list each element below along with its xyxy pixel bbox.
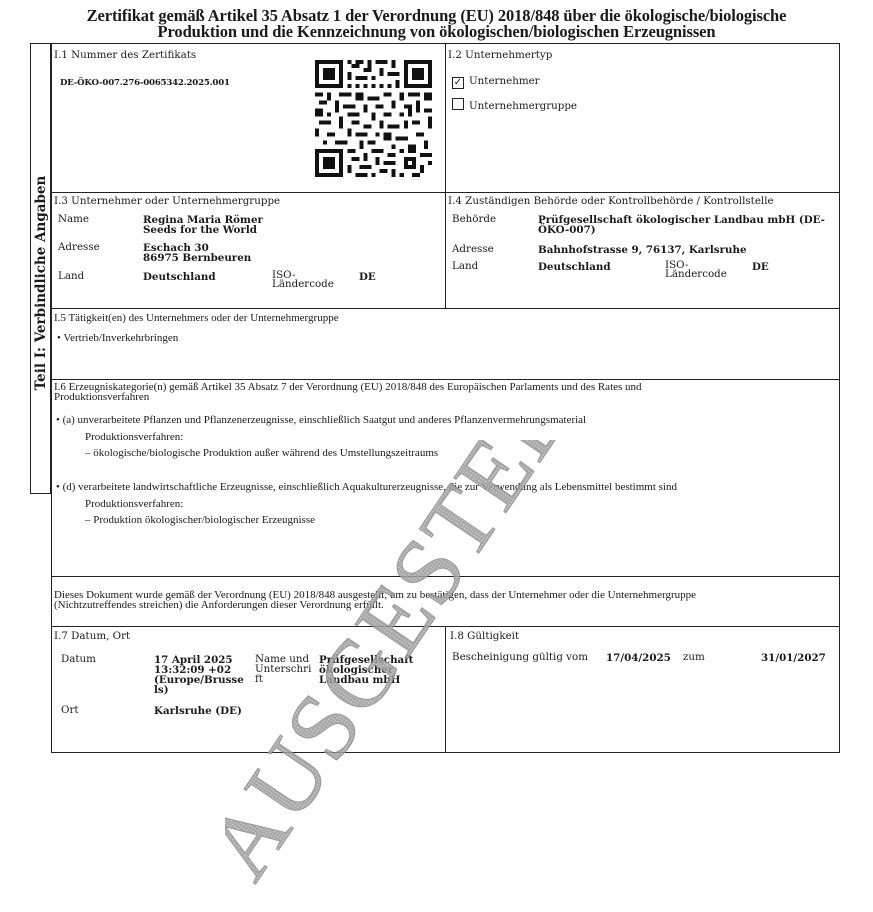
section-heading: I.2 Unternehmertyp (448, 50, 552, 61)
product-category-a: • (a) unverarbeitete Pflanzen und Pflanz… (56, 415, 586, 426)
option-unternehmer[interactable]: ✓Unternehmer (452, 76, 540, 89)
field-label: Land (452, 261, 478, 272)
option-label: Unternehmergruppe (469, 100, 577, 112)
checkbox-unchecked-icon[interactable] (452, 98, 464, 110)
section-heading: I.6 Erzeugniskategorie(n) gemäß Artikel … (54, 383, 642, 402)
production-method: – Produktion ökologischer/biologischer E… (85, 515, 315, 526)
production-method: – ökologische/biologische Produktion auß… (85, 448, 438, 459)
field-label: Ort (61, 705, 79, 716)
valid-to: 31/01/2027 (761, 653, 826, 663)
section-heading: I.7 Datum, Ort (54, 631, 130, 642)
column-divider (445, 626, 446, 753)
signature-label: Name und Unterschri ft (255, 654, 311, 684)
method-label: Produktionsverfahren: (85, 432, 183, 443)
field-label: Land (58, 271, 84, 282)
valid-label: Bescheinigung gültig vom (452, 652, 588, 663)
part-label-text: Teil I: Verbindliche Angaben (33, 176, 49, 391)
field-label: Behörde (452, 214, 496, 225)
certificate-number: DE-ÖKO-007.276-0065342.2025.001 (60, 78, 230, 88)
signature-value: Prüfgesellschaft ökologischer Landbau mb… (319, 655, 413, 685)
qr-code-icon (315, 60, 432, 177)
divider (51, 379, 840, 380)
activity-item: • Vertrieb/Inverkehrbringen (57, 333, 178, 344)
field-label: Adresse (58, 242, 100, 253)
field-label: Name (58, 214, 89, 225)
section-heading: I.3 Unternehmer oder Unternehmergruppe (54, 196, 280, 207)
section-heading: I.1 Nummer des Zertifikats (54, 50, 196, 61)
valid-to-label: zum (683, 652, 705, 663)
part-label: Teil I: Verbindliche Angaben (30, 43, 51, 494)
product-category-d: • (d) verarbeitete landwirtschaftliche E… (56, 482, 677, 493)
iso-label: ISO- Ländercode (272, 271, 334, 289)
operator-name-line2: Seeds for the World (143, 225, 257, 235)
title-line-2: Produktion und die Kennzeichnung von öko… (0, 24, 873, 40)
field-label: Adresse (452, 244, 494, 255)
authority-iso-code: DE (752, 262, 769, 272)
column-divider (445, 43, 446, 308)
section-heading: I.8 Gültigkeit (450, 631, 519, 642)
checkbox-checked-icon[interactable]: ✓ (452, 77, 464, 89)
method-label: Produktionsverfahren: (85, 499, 183, 510)
valid-from: 17/04/2025 (606, 653, 671, 663)
field-label: Datum (61, 654, 96, 665)
divider (51, 308, 840, 309)
authority-address: Bahnhofstrasse 9, 76137, Karlsruhe (538, 245, 747, 255)
section-heading: I.4 Zuständigen Behörde oder Kontrollbeh… (448, 196, 774, 207)
operator-country: Deutschland (143, 272, 216, 282)
iso-label: ISO- Ländercode (665, 261, 727, 279)
section-heading: I.5 Tätigkeit(en) des Unternehmers oder … (54, 313, 339, 324)
compliance-statement: Dieses Dokument wurde gemäß der Verordnu… (54, 591, 696, 610)
operator-address-line2: 86975 Bernbeuren (143, 253, 251, 263)
issue-date: 17 April 2025 13:32:09 +02 (Europe/Bruss… (154, 655, 244, 695)
document-title: Zertifikat gemäß Artikel 35 Absatz 1 der… (0, 8, 873, 40)
option-unternehmergruppe[interactable]: Unternehmergruppe (452, 98, 577, 112)
issue-place: Karlsruhe (DE) (154, 706, 242, 716)
divider (51, 576, 840, 577)
operator-iso-code: DE (359, 272, 376, 282)
authority-country: Deutschland (538, 262, 611, 272)
option-label: Unternehmer (469, 75, 540, 87)
authority-line2: ÖKO-007) (538, 225, 596, 235)
